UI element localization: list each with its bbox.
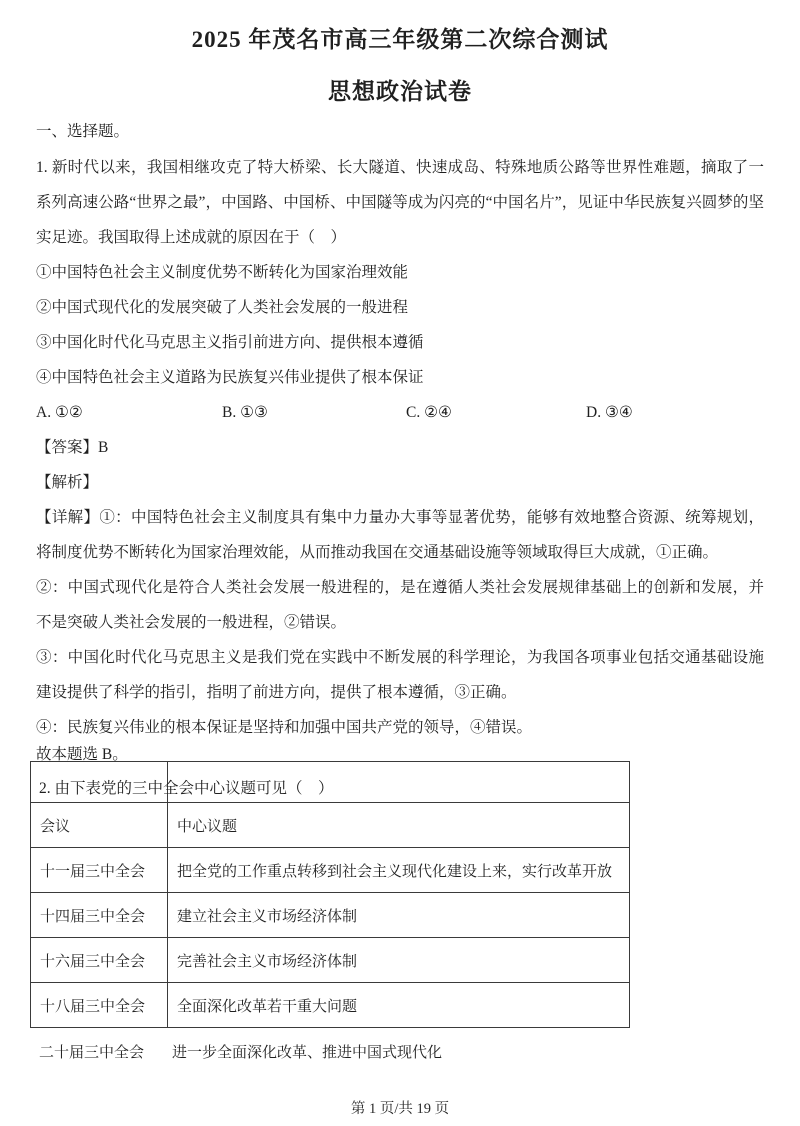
table-cell-meeting: 十四届三中全会: [31, 893, 168, 938]
question-1-option-4: ④中国特色社会主义道路为民族复兴伟业提供了根本保证: [36, 360, 764, 395]
choice-a: A. ①②: [36, 395, 222, 430]
analysis-label: 【解析】: [36, 465, 764, 500]
page-subtitle: 思想政治试卷: [0, 76, 800, 108]
table-cell-meeting: 十八届三中全会: [31, 983, 168, 1028]
choice-b: B. ①③: [222, 395, 406, 430]
question-1-option-3: ③中国化时代化马克思主义指引前进方向、提供根本遵循: [36, 325, 764, 360]
choice-c: C. ②④: [406, 395, 586, 430]
question-1-choices: A. ①② B. ①③ C. ②④ D. ③④: [36, 395, 764, 430]
detail-paragraph-4: ④：民族复兴伟业的根本保证是坚持和加强中国共产党的领导，④错误。: [36, 710, 764, 745]
table-header-meeting: 会议: [31, 803, 168, 848]
question-1-option-2: ②中国式现代化的发展突破了人类社会发展的一般进程: [36, 290, 764, 325]
table-cell-meeting: 十六届三中全会: [31, 938, 168, 983]
table-cell-meeting: 十一届三中全会: [31, 848, 168, 893]
table-header-row: 会议 中心议题: [31, 803, 630, 848]
table-header-topic: 中心议题: [168, 803, 630, 848]
question-2-stem-row: 2. 由下表党的三中全会中心议题可见（ ）: [31, 762, 630, 803]
exam-paper-page: 2025 年茂名市高三年级第二次综合测试 思想政治试卷 一、选择题。 1. 新时…: [0, 0, 800, 1126]
table-row: 十八届三中全会 全面深化改革若干重大问题: [31, 983, 630, 1028]
table-cell-topic: 完善社会主义市场经济体制: [168, 938, 630, 983]
detail-paragraph-3: ③：中国化时代化马克思主义是我们党在实践中不断发展的科学理论，为我国各项事业包括…: [36, 640, 764, 710]
question-2-stem-cell: 2. 由下表党的三中全会中心议题可见（ ）: [31, 762, 168, 803]
question-1-stem: 1. 新时代以来，我国相继攻克了特大桥梁、长大隧道、快速成岛、特殊地质公路等世界…: [36, 150, 764, 255]
page-title: 2025 年茂名市高三年级第二次综合测试: [0, 24, 800, 56]
overflow-cell-topic: 进一步全面深化改革、推进中国式现代化: [172, 1042, 630, 1064]
question-1-option-1: ①中国特色社会主义制度优势不断转化为国家治理效能: [36, 255, 764, 290]
question-2-stem: 2. 由下表党的三中全会中心议题可见（ ）: [39, 778, 625, 800]
overflow-cell-meeting: 二十届三中全会: [30, 1042, 172, 1064]
table-row: 十一届三中全会 把全党的工作重点转移到社会主义现代化建设上来，实行改革开放: [31, 848, 630, 893]
table-row: 十四届三中全会 建立社会主义市场经济体制: [31, 893, 630, 938]
detail-paragraph-2: ②：中国式现代化是符合人类社会发展一般进程的，是在遵循人类社会发展规律基础上的创…: [36, 570, 764, 640]
table-cell-topic: 把全党的工作重点转移到社会主义现代化建设上来，实行改革开放: [168, 848, 630, 893]
page-content: 一、选择题。 1. 新时代以来，我国相继攻克了特大桥梁、长大隧道、快速成岛、特殊…: [0, 120, 800, 1064]
table-row: 十六届三中全会 完善社会主义市场经济体制: [31, 938, 630, 983]
choice-d: D. ③④: [586, 395, 764, 430]
detail-paragraph-1: 【详解】①：中国特色社会主义制度具有集中力量办大事等显著优势，能够有效地整合资源…: [36, 500, 764, 570]
question-2-table: 2. 由下表党的三中全会中心议题可见（ ） 会议 中心议题 十一届三中全会 把全…: [30, 761, 630, 1028]
table-overflow-row: 二十届三中全会 进一步全面深化改革、推进中国式现代化: [30, 1042, 630, 1064]
page-footer: 第 1 页/共 19 页: [0, 1097, 800, 1118]
answer-label: 【答案】B: [36, 430, 764, 465]
table-cell-topic: 全面深化改革若干重大问题: [168, 983, 630, 1028]
table-cell-topic: 建立社会主义市场经济体制: [168, 893, 630, 938]
section-heading: 一、选择题。: [36, 120, 764, 144]
